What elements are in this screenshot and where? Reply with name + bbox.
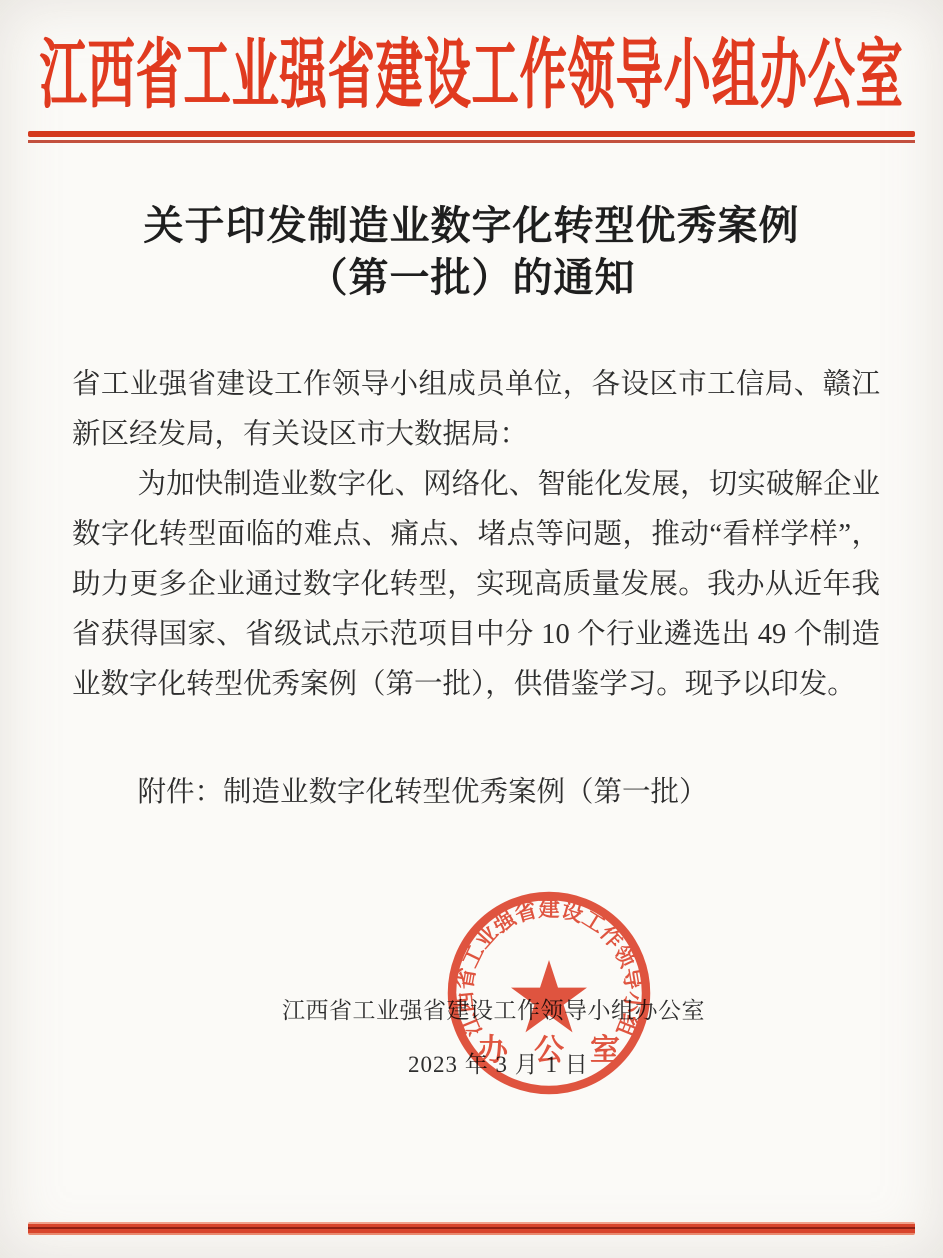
main-paragraph: 为加快制造业数字化、网络化、智能化发展，切实破解企业数字化转型面临的难点、痛点、… [72, 460, 880, 710]
document-body: 省工业强省建设工作领导小组成员单位，各设区市工信局、赣江新区经发局，有关设区市大… [72, 360, 880, 818]
document-page: 江西省工业强省建设工作领导小组办公室 关于印发制造业数字化转型优秀案例（第一批）… [0, 0, 943, 1258]
addressee-paragraph: 省工业强省建设工作领导小组成员单位，各设区市工信局、赣江新区经发局，有关设区市大… [72, 360, 880, 460]
letterhead-org-name: 江西省工业强省建设工作领导小组办公室 [0, 5, 943, 148]
document-title: 关于印发制造业数字化转型优秀案例（第一批）的通知 [0, 200, 943, 304]
letterhead-separator [28, 131, 915, 143]
document-title-line2: （第一批）的通知 [308, 255, 636, 300]
signature-date: 2023 年 3 月 1 日 [408, 1046, 589, 1079]
signature-org-name: 江西省工业强省建设工作领导小组办公室 [282, 992, 705, 1025]
footer-rule [28, 1222, 915, 1235]
separator-thin-line [28, 140, 915, 143]
attachment-line: 附件：制造业数字化转型优秀案例（第一批） [72, 768, 880, 818]
document-title-line1: 关于印发制造业数字化转型优秀案例 [144, 203, 800, 248]
